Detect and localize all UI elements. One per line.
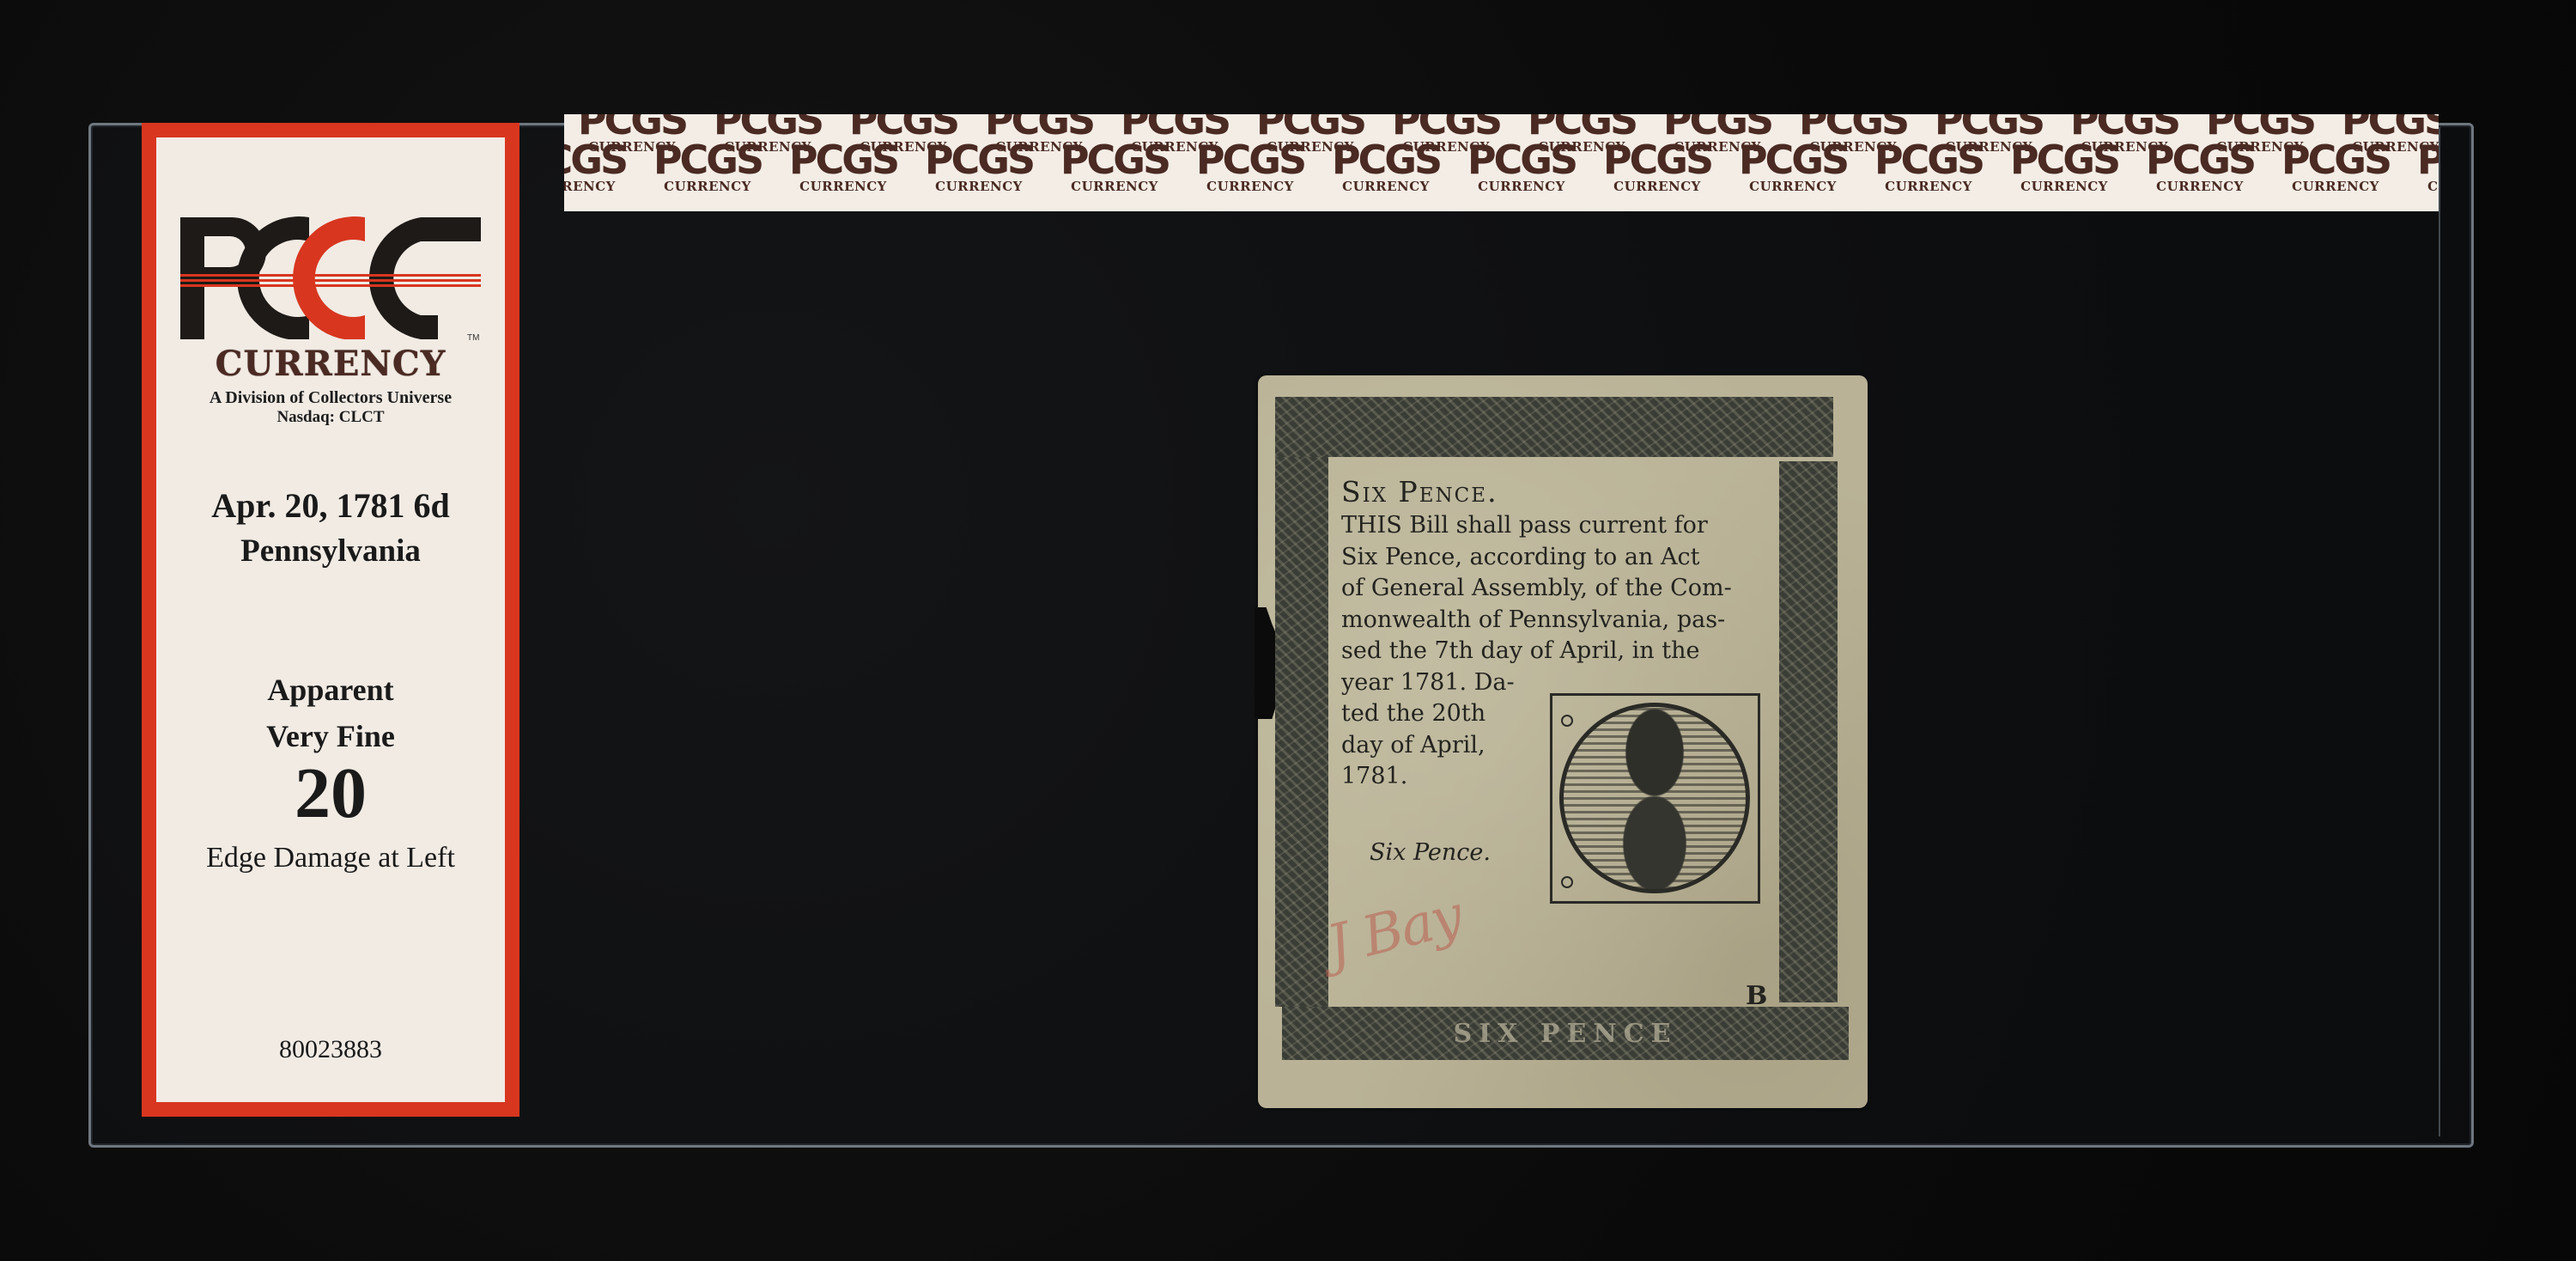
body-line: Six Pence, according to an Act [1341, 542, 1771, 574]
strip-logo-tile: PCGSCURRENCY [640, 140, 775, 193]
division-text: A Division of Collectors Universe [156, 388, 505, 408]
strip-logo-tile: PCGSCURRENCY [2132, 140, 2268, 193]
strip-logo-tile: PCGSCURRENCY [564, 140, 640, 193]
brand-subtitle: CURRENCY [156, 344, 505, 384]
issuer: Pennsylvania [156, 533, 505, 570]
strip-logo-icon: PCGS [2403, 140, 2439, 180]
seal-oval [1559, 703, 1750, 893]
plate-letter: B [1746, 981, 1767, 1011]
strip-logo-tile: PCGSCURRENCY [1454, 140, 1589, 193]
strip-logo-tile: PCGSCURRENCY [1318, 140, 1454, 193]
strip-logo-icon: PCGS [640, 140, 775, 180]
strip-logo-icon: PCGS [1725, 140, 1861, 180]
strip-logo-icon: PCGS [1589, 140, 1725, 180]
note-heading: Six Pence. [1341, 474, 1771, 510]
strip-logo-icon: PCGS [1861, 140, 1996, 180]
note-description: Apr. 20, 1781 6d [156, 485, 505, 526]
strip-logo-icon: PCGS [1454, 140, 1589, 180]
label-paper: TM CURRENCY A Division of Collectors Uni… [156, 137, 505, 1102]
grade-name: Very Fine [156, 718, 505, 754]
strip-logo-icon: PCGS [775, 140, 911, 180]
strip-logo-icon: PCGS [911, 140, 1047, 180]
ticker-text: Nasdaq: CLCT [156, 408, 505, 427]
strip-logo-icon: PCGS [564, 140, 640, 180]
strip-logo-tile: PCGSCURRENCY [1047, 140, 1182, 193]
border-left [1275, 457, 1328, 1007]
note-body: THIS Bill shall pass current for Six Pen… [1341, 510, 1771, 667]
border-text: SIX PENCE [1282, 1019, 1849, 1049]
strip-logo-tile: PCGSCURRENCY [1182, 140, 1318, 193]
strip-logo-icon: PCGS [1996, 140, 2132, 180]
strip-logo-icon: PCGS [2132, 140, 2268, 180]
border-right [1779, 461, 1838, 1002]
security-strip: PCGSCURRENCYPCGSCURRENCYPCGSCURRENCYPCGS… [564, 114, 2439, 211]
grade-number: 20 [156, 758, 505, 830]
arms-seal-icon [1550, 693, 1760, 904]
grade-qualifier: Apparent [156, 672, 505, 708]
strip-logo-tile: PCGSCURRENCY [2268, 140, 2403, 193]
denomination-text: Six Pence. [1370, 839, 1491, 866]
strip-logo-tile: PCGSCURRENCY [1725, 140, 1861, 193]
grading-label: TM CURRENCY A Division of Collectors Uni… [142, 123, 519, 1117]
cert-number: 80023883 [156, 1035, 505, 1064]
strip-logo-icon: PCGS [2268, 140, 2403, 180]
strip-logo-tile: PCGSCURRENCY [911, 140, 1047, 193]
trademark-mark: TM [467, 333, 479, 343]
seal-dot-icon [1561, 876, 1573, 888]
border-bottom: SIX PENCE [1282, 1007, 1849, 1060]
body-line: sed the 7th day of April, in the [1341, 636, 1771, 667]
pcgs-logo-icon [180, 210, 481, 339]
strip-logo-icon: PCGS [1182, 140, 1318, 180]
strip-logo-tile: PCGSCURRENCY [775, 140, 911, 193]
strip-logo-tile: PCGSCURRENCY [1996, 140, 2132, 193]
seal-dot-icon [1561, 715, 1573, 727]
strip-logo-tile: PCGSCURRENCY [1589, 140, 1725, 193]
strip-subtitle: CURRENCY [564, 180, 640, 193]
signature: J Bay [1321, 884, 1467, 978]
banknote: SIX PENCE Six Pence. THIS Bill shall pas… [1258, 375, 1868, 1108]
grade-comment: Edge Damage at Left [156, 842, 505, 874]
body-line: THIS Bill shall pass current for [1341, 510, 1771, 542]
holder-seam [2439, 127, 2440, 1136]
body-line: monwealth of Pennsylvania, pas- [1341, 605, 1771, 637]
strip-logo-tile: PCGSCURRENCY [2403, 140, 2439, 193]
strip-row-bottom: PCGSCURRENCYPCGSCURRENCYPCGSCURRENCYPCGS… [564, 140, 2439, 193]
strip-logo-icon: PCGS [1318, 140, 1454, 180]
border-top [1275, 397, 1833, 457]
body-line: of General Assembly, of the Com- [1341, 573, 1771, 605]
strip-logo-tile: PCGSCURRENCY [1861, 140, 1996, 193]
strip-logo-icon: PCGS [1047, 140, 1182, 180]
